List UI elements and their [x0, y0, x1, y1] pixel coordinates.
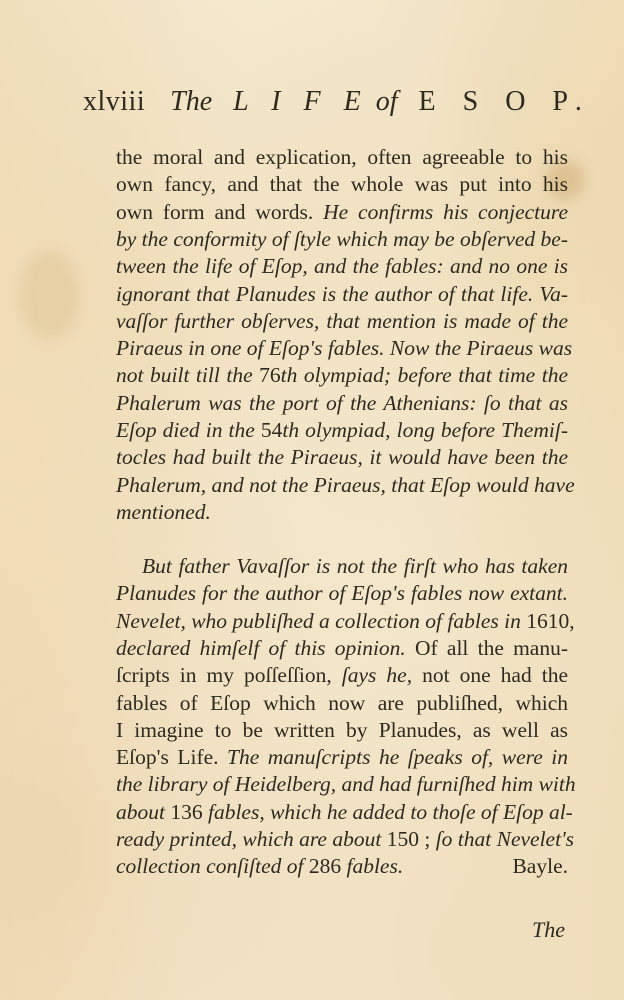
italic-run: fables.	[346, 854, 403, 878]
text-line: But father Vavaſſor is not the firſt who…	[142, 553, 568, 580]
text-line: declared himſelf of this opinion. Of all…	[116, 635, 568, 662]
roman-run: I imagine to be written by Planudes, as …	[116, 718, 568, 742]
paper-stain	[20, 250, 80, 340]
italic-run: fables, which he added to thoſe of Eſop …	[208, 800, 573, 824]
italic-run: th olympiad; before that time the	[281, 363, 568, 387]
text-line: fables of Eſop which now are publiſhed, …	[116, 690, 568, 717]
roman-run: 1610,	[526, 609, 574, 633]
italic-run: collection conſiſted of	[116, 854, 309, 878]
text-line: vaſſor further obſerves, that mention is…	[116, 308, 568, 335]
header-life: L I F E	[233, 86, 369, 117]
roman-run: 76	[259, 363, 281, 387]
text-line: own fancy, and that the whole was put in…	[116, 171, 568, 198]
text-line: Phalerum, and not the Piraeus, that Eſop…	[116, 472, 568, 499]
italic-run: not built till the	[116, 363, 259, 387]
italic-run: Planudes for the author of Eſop's fables…	[116, 581, 568, 605]
italic-run: Phalerum, and not the Piraeus, that Eſop…	[116, 473, 575, 497]
roman-run: 150 ;	[387, 827, 436, 851]
roman-run: own fancy, and that the whole was put in…	[116, 172, 568, 196]
italic-run: The manuſcripts he ſpeaks of, were in	[227, 745, 568, 769]
roman-run: Eſop's Life.	[116, 745, 227, 769]
text-line: Eſop's Life. The manuſcripts he ſpeaks o…	[116, 744, 568, 771]
italic-run: But father Vavaſſor is not the firſt who…	[142, 554, 568, 578]
italic-run: Phalerum was the port of the Athenians: …	[116, 391, 568, 415]
roman-run: the moral and explication, often agreeab…	[116, 145, 568, 169]
header-the: The	[170, 86, 212, 117]
roman-run: 286	[309, 854, 347, 878]
roman-run: fables of Eſop which now are publiſhed, …	[116, 691, 568, 715]
italic-run: about	[116, 800, 170, 824]
text-line: I imagine to be written by Planudes, as …	[116, 717, 568, 744]
text-line: ſcripts in my poſſeſſion, ſays he, not o…	[116, 662, 568, 689]
roman-run: own form and words.	[116, 200, 323, 224]
text-line: collection conſiſted of 286 fables.Bayle…	[116, 853, 568, 880]
text-line: not built till the 76th olympiad; before…	[116, 362, 568, 389]
text-line: about 136 fables, which he added to thoſ…	[116, 799, 568, 826]
page-number: xlviii	[83, 86, 145, 117]
italic-run: th olympiad, long before Themiſ-	[282, 418, 568, 442]
text-line: tocles had built the Piraeus, it would h…	[116, 444, 568, 471]
text-line: Nevelet, who publiſhed a collection of f…	[116, 608, 568, 635]
italic-run: ready printed, which are about	[116, 827, 387, 851]
italic-run: Piraeus in one of Eſop's fables. Now the…	[116, 336, 572, 360]
text-line: Planudes for the author of Eſop's fables…	[116, 580, 568, 607]
text-line: Piraeus in one of Eſop's fables. Now the…	[116, 335, 568, 362]
italic-run: vaſſor further obſerves, that mention is…	[116, 309, 568, 333]
text-line: mentioned.	[116, 499, 568, 526]
italic-run: Nevelet, who publiſhed a collection of f…	[116, 609, 526, 633]
attribution: Bayle.	[512, 853, 568, 880]
text-line: ignorant that Planudes is the author of …	[116, 281, 568, 308]
header-of: of	[376, 86, 398, 117]
text-line: the library of Heidelberg, and had furni…	[116, 771, 568, 798]
roman-run: ſcripts in my poſſeſſion,	[116, 663, 342, 687]
text-line: Eſop died in the 54th olympiad, long bef…	[116, 417, 568, 444]
italic-run: tween the life of Eſop, and the fables: …	[116, 254, 568, 278]
roman-run: Of all the manu-	[415, 636, 568, 660]
italic-run: Eſop died in the	[116, 418, 261, 442]
roman-run: not one had the	[422, 663, 568, 687]
text-line: Phalerum was the port of the Athenians: …	[116, 390, 568, 417]
text-line: own form and words. He confirms his conj…	[116, 199, 568, 226]
italic-run: mentioned.	[116, 500, 211, 524]
text-line: tween the life of Eſop, and the fables: …	[116, 253, 568, 280]
italic-run: ignorant that Planudes is the author of …	[116, 282, 568, 306]
roman-run: 136	[170, 800, 208, 824]
catchword: The	[532, 917, 565, 943]
header-esop: E S O P.	[419, 86, 592, 117]
italic-run: the library of Heidelberg, and had furni…	[116, 772, 576, 796]
italic-run: ſo that Nevelet's	[436, 827, 574, 851]
italic-run: tocles had built the Piraeus, it would h…	[116, 445, 568, 469]
text-line: the moral and explication, often agreeab…	[116, 144, 568, 171]
text-line: by the conformity of ſtyle which may be …	[116, 226, 568, 253]
roman-run: 54	[261, 418, 283, 442]
text-line: ready printed, which are about 150 ; ſo …	[116, 826, 568, 853]
italic-run: declared himſelf of this opinion.	[116, 636, 415, 660]
italic-run: by the conformity of ſtyle which may be …	[116, 227, 568, 251]
italic-run: He confirms his conjecture	[323, 200, 568, 224]
italic-run: ſays he,	[342, 663, 422, 687]
running-header: xlviii The L I F E of E S O P.	[83, 82, 543, 122]
